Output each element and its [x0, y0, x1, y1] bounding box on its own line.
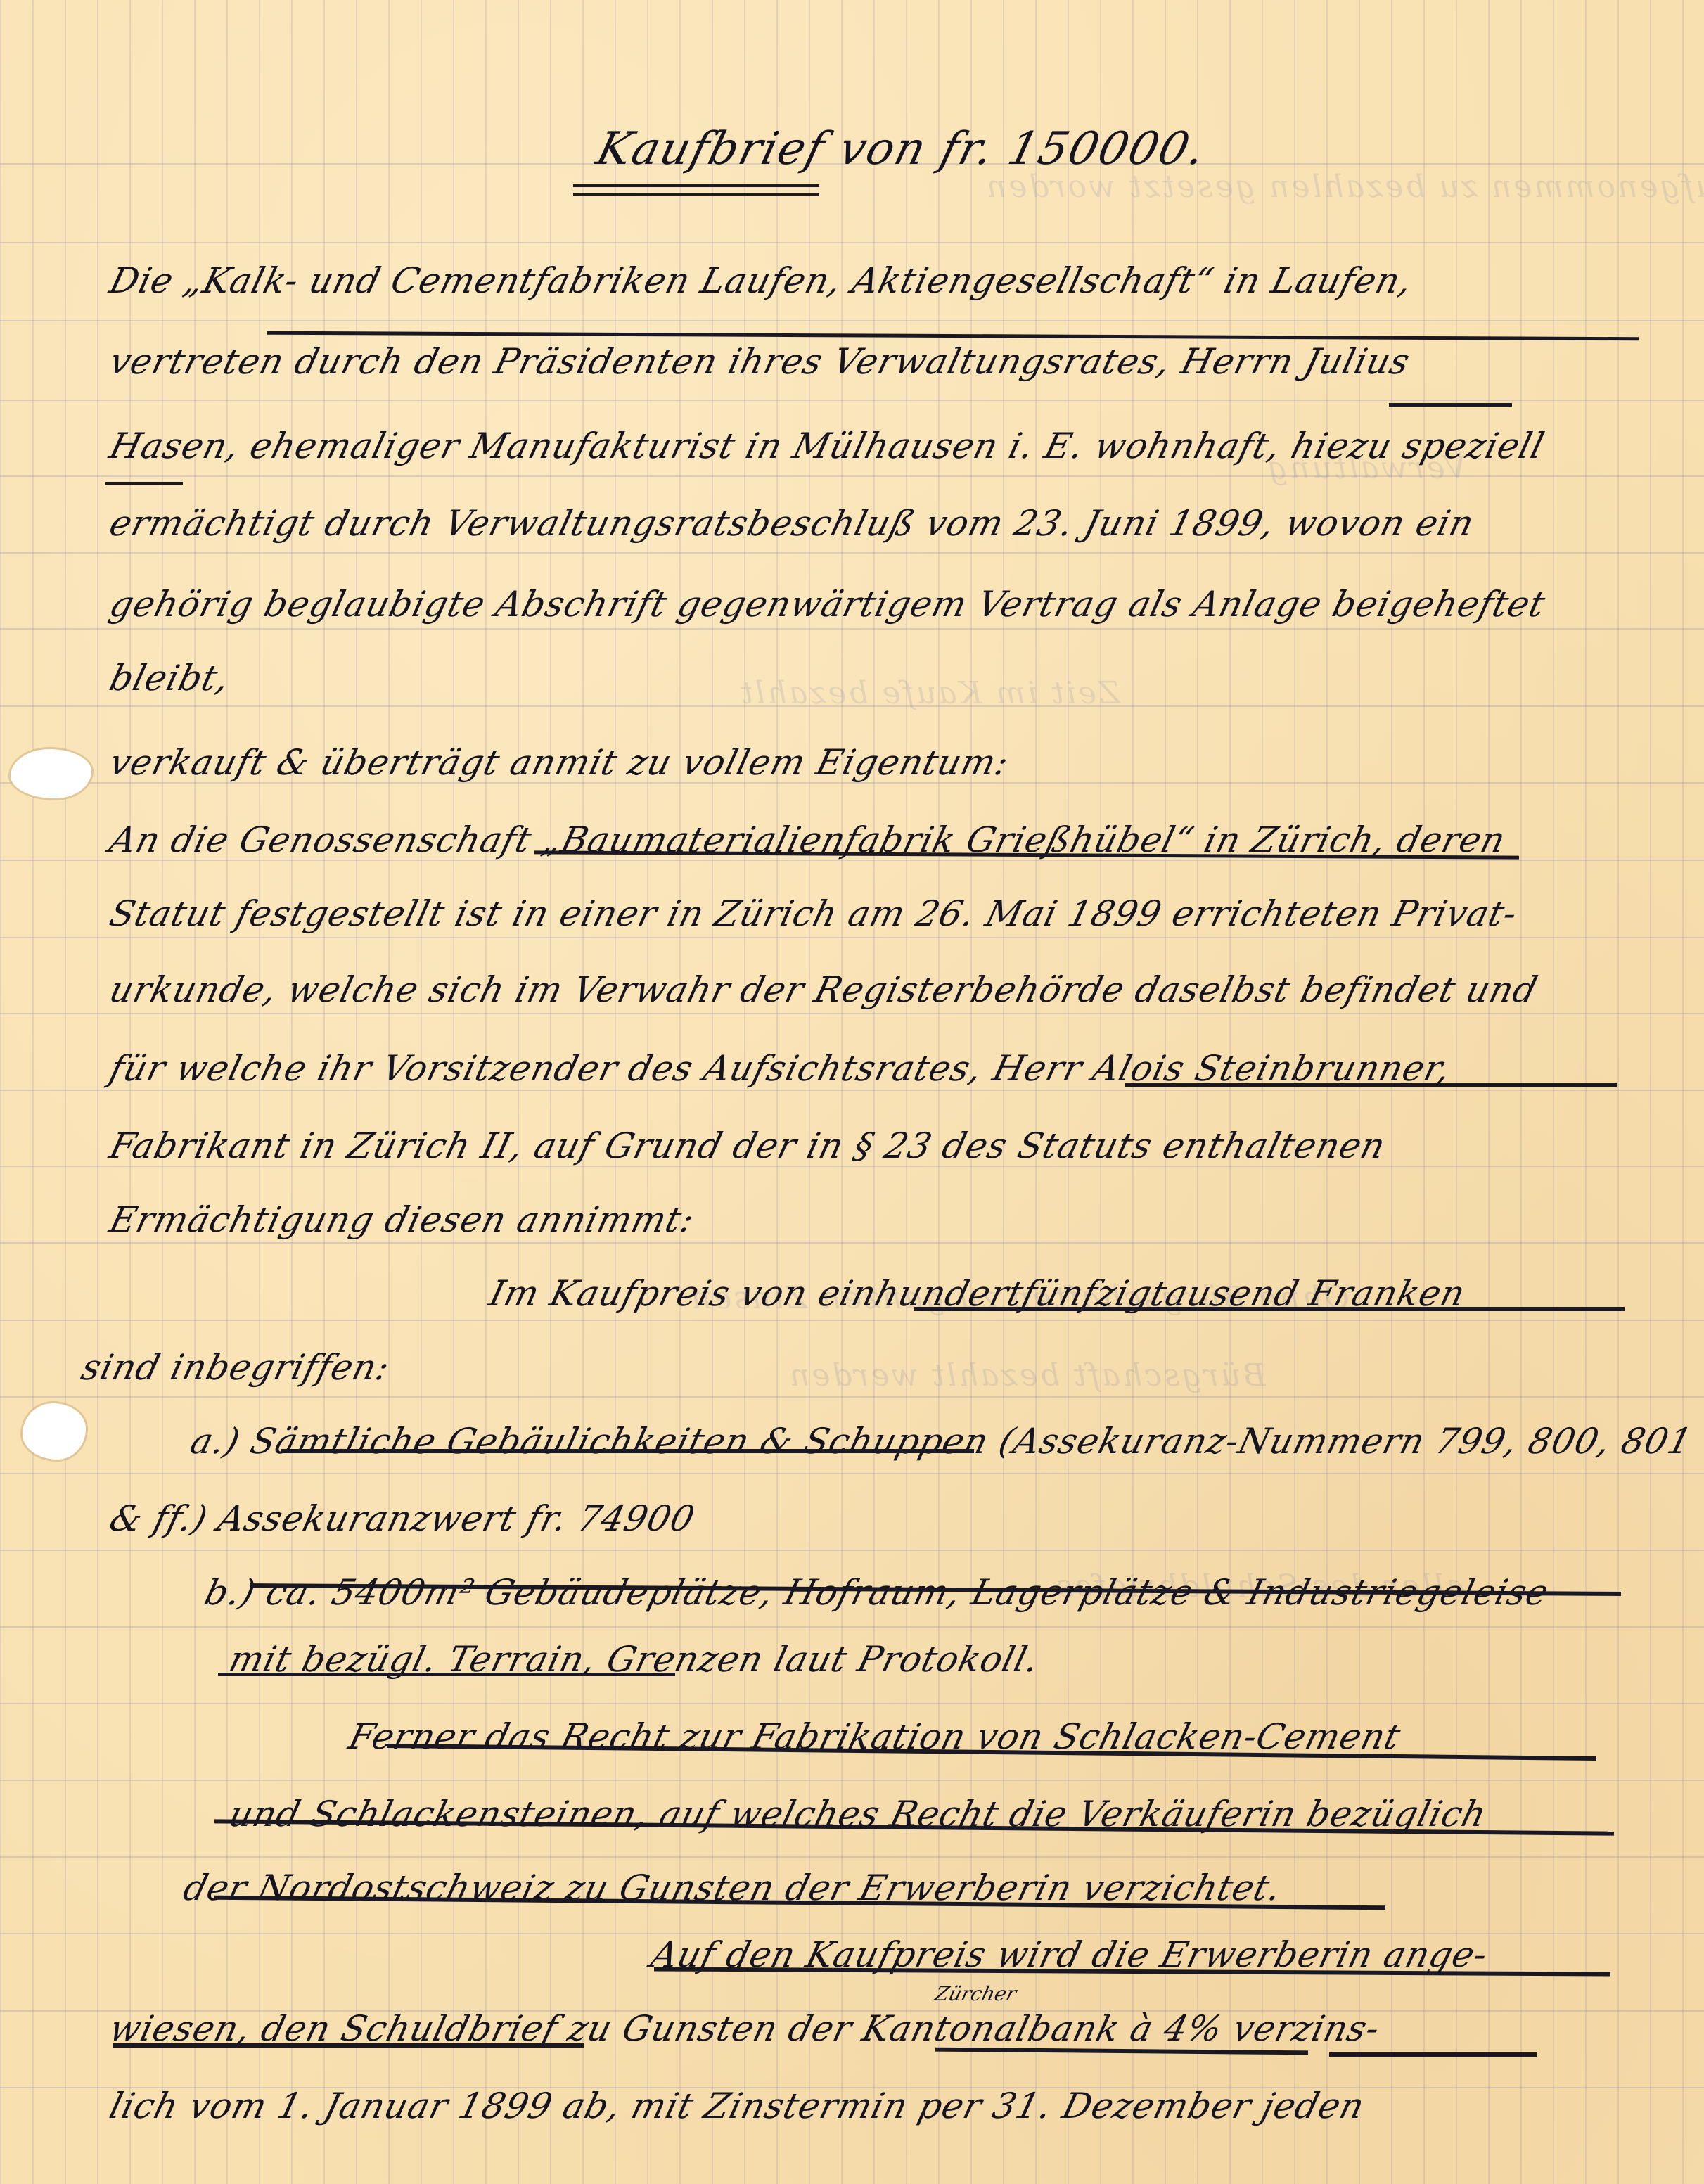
text-line: Ermächtigung diesen annimmt:: [105, 1199, 699, 1240]
ink-underline: [1329, 2052, 1537, 2057]
document-page: aufgenommen zu bezahlen gesetzt worden V…: [0, 0, 1704, 2184]
text-line: Hasen, ehemaliger Manufakturist in Mülha…: [105, 426, 1549, 466]
text-line: Statut festgestellt ist in einer in Züri…: [105, 893, 1522, 934]
ruled-line: [0, 552, 1704, 554]
ruled-line: [0, 242, 1704, 243]
ruled-line: [0, 1856, 1704, 1858]
ruled-line: [0, 1242, 1704, 1244]
ruled-line: [0, 1013, 1704, 1014]
document-title: Kaufbrief von fr. 150000.: [591, 123, 1212, 175]
ink-underline: [113, 2043, 584, 2048]
ruled-line: [0, 320, 1704, 321]
ink-underline: [105, 482, 183, 485]
ink-underline: [1389, 403, 1512, 407]
ruled-line: [0, 1626, 1704, 1628]
ruled-line: [0, 1090, 1704, 1091]
text-line: verkauft & überträgt anmit zu vollem Eig…: [105, 742, 1013, 783]
binder-hole: [11, 749, 91, 798]
text-line: a.) Sämtliche Gebäulichkeiten & Schuppen…: [186, 1421, 1696, 1462]
binder-hole: [23, 1403, 86, 1460]
ink-underline: [281, 1449, 974, 1453]
title-underline: [573, 193, 819, 196]
title-underline: [573, 184, 819, 187]
text-line: ermächtigt durch Verwaltungsratsbeschluß…: [105, 503, 1478, 544]
ink-underline: [1125, 1083, 1617, 1087]
text-line: Fabrikant in Zürich II, auf Grund der in…: [105, 1125, 1390, 1166]
text-line: sind inbegriffen:: [77, 1347, 395, 1388]
ruled-line: [0, 1396, 1704, 1398]
ink-underline: [267, 331, 1639, 341]
text-line: bleibt,: [105, 658, 234, 698]
ruled-line: [0, 628, 1704, 630]
ruled-line: [0, 400, 1704, 401]
text-line: urkunde, welche sich im Verwahr der Regi…: [105, 969, 1542, 1010]
ruled-line: [0, 1780, 1704, 1781]
bleed-through-text: Zeit im Kaufe bezahlt: [738, 675, 1120, 711]
text-line: gehörig beglaubigte Abschrift gegenwärti…: [105, 584, 1550, 625]
ruled-line: [0, 1473, 1704, 1474]
ruled-line: [0, 1320, 1704, 1321]
text-line: vertreten durch den Präsidenten ihres Ve…: [105, 341, 1414, 382]
interlinear-note: Zürcher: [933, 1982, 1019, 2005]
ink-underline: [914, 1307, 1625, 1311]
ruled-line: [0, 1550, 1704, 1551]
text-line: & ff.) Assekuranzwert fr. 74900: [105, 1498, 699, 1539]
bleed-through-text: Bürgschaft bezahlt werden: [788, 1358, 1266, 1393]
ruled-line: [0, 937, 1704, 938]
text-line: lich vom 1. Januar 1899 ab, mit Zinsterm…: [105, 2086, 1369, 2126]
ink-underline: [218, 1673, 675, 1676]
text-line: Die „Kalk- und Cementfabriken Laufen, Ak…: [105, 260, 1417, 301]
ruled-line: [0, 1703, 1704, 1704]
